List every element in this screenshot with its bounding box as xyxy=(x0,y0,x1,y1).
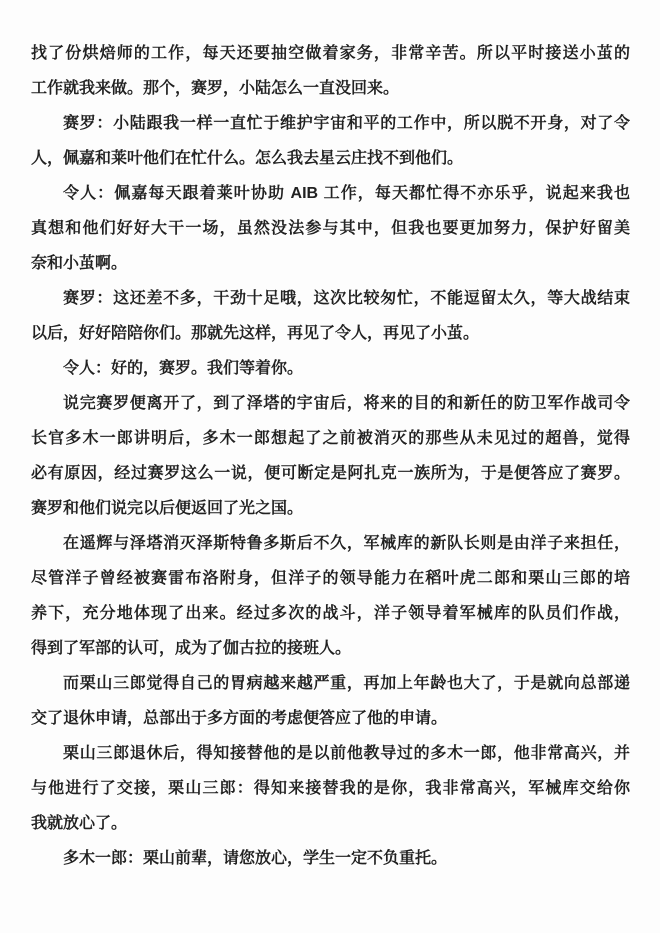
text-line: 在遥辉与泽塔消灭泽斯特鲁多斯后不久，军械库的新队长则是由洋子来担任， xyxy=(31,526,630,561)
text-line: 工作就我来做。那个，赛罗，小陆怎么一直没回来。 xyxy=(31,71,630,106)
document-text: 找了份烘焙师的工作，每天还要抽空做着家务，非常辛苦。所以平时接送小茧的工作就我来… xyxy=(31,36,630,876)
text-line: 令人：佩嘉每天跟着莱叶协助 AIB 工作，每天都忙得不亦乐乎，说起来我也 xyxy=(31,176,630,211)
text-line: 与他进行了交接，栗山三郎：得知来接替我的是你，我非常高兴，军械库交给你 xyxy=(31,771,630,806)
text-line: 栗山三郎退休后，得知接替他的是以前他教导过的多木一郎，他非常高兴，并 xyxy=(31,736,630,771)
text-line: 以后，好好陪陪你们。那就先这样，再见了令人，再见了小茧。 xyxy=(31,316,630,351)
text-line: 而栗山三郎觉得自己的胃病越来越严重，再加上年龄也大了，于是就向总部递 xyxy=(31,666,630,701)
text-line: 说完赛罗便离开了，到了泽塔的宇宙后，将来的目的和新任的防卫军作战司令 xyxy=(31,386,630,421)
text-line: 赛罗：小陆跟我一样一直忙于维护宇宙和平的工作中，所以脱不开身，对了令 xyxy=(31,106,630,141)
text-line: 赛罗：这还差不多，干劲十足哦，这次比较匆忙，不能逗留太久，等大战结束 xyxy=(31,281,630,316)
text-line: 找了份烘焙师的工作，每天还要抽空做着家务，非常辛苦。所以平时接送小茧的 xyxy=(31,36,630,71)
text-line: 得到了军部的认可，成为了伽古拉的接班人。 xyxy=(31,631,630,666)
text-line: 必有原因，经过赛罗这么一说，便可断定是阿扎克一族所为，于是便答应了赛罗。 xyxy=(31,456,630,491)
text-line: 多木一郎：栗山前辈，请您放心，学生一定不负重托。 xyxy=(31,841,630,876)
text-line: 真想和他们好好大干一场，虽然没法参与其中，但我也要更加努力，保护好留美 xyxy=(31,211,630,246)
text-line: 令人：好的，赛罗。我们等着你。 xyxy=(31,351,630,386)
text-line: 长官多木一郎讲明后，多木一郎想起了之前被消灭的那些从未见过的超兽，觉得 xyxy=(31,421,630,456)
text-line: 奈和小茧啊。 xyxy=(31,246,630,281)
text-line: 养下，充分地体现了出来。经过多次的战斗，洋子领导着军械库的队员们作战， xyxy=(31,596,630,631)
text-line: 尽管洋子曾经被赛雷布洛附身，但洋子的领导能力在稻叶虎二郎和栗山三郎的培 xyxy=(31,561,630,596)
document-page: 找了份烘焙师的工作，每天还要抽空做着家务，非常辛苦。所以平时接送小茧的工作就我来… xyxy=(0,0,660,933)
text-line: 交了退休申请，总部出于多方面的考虑便答应了他的申请。 xyxy=(31,701,630,736)
text-line: 人，佩嘉和莱叶他们在忙什么。怎么我去星云庄找不到他们。 xyxy=(31,141,630,176)
text-line: 我就放心了。 xyxy=(31,806,630,841)
text-line: 赛罗和他们说完以后便返回了光之国。 xyxy=(31,491,630,526)
